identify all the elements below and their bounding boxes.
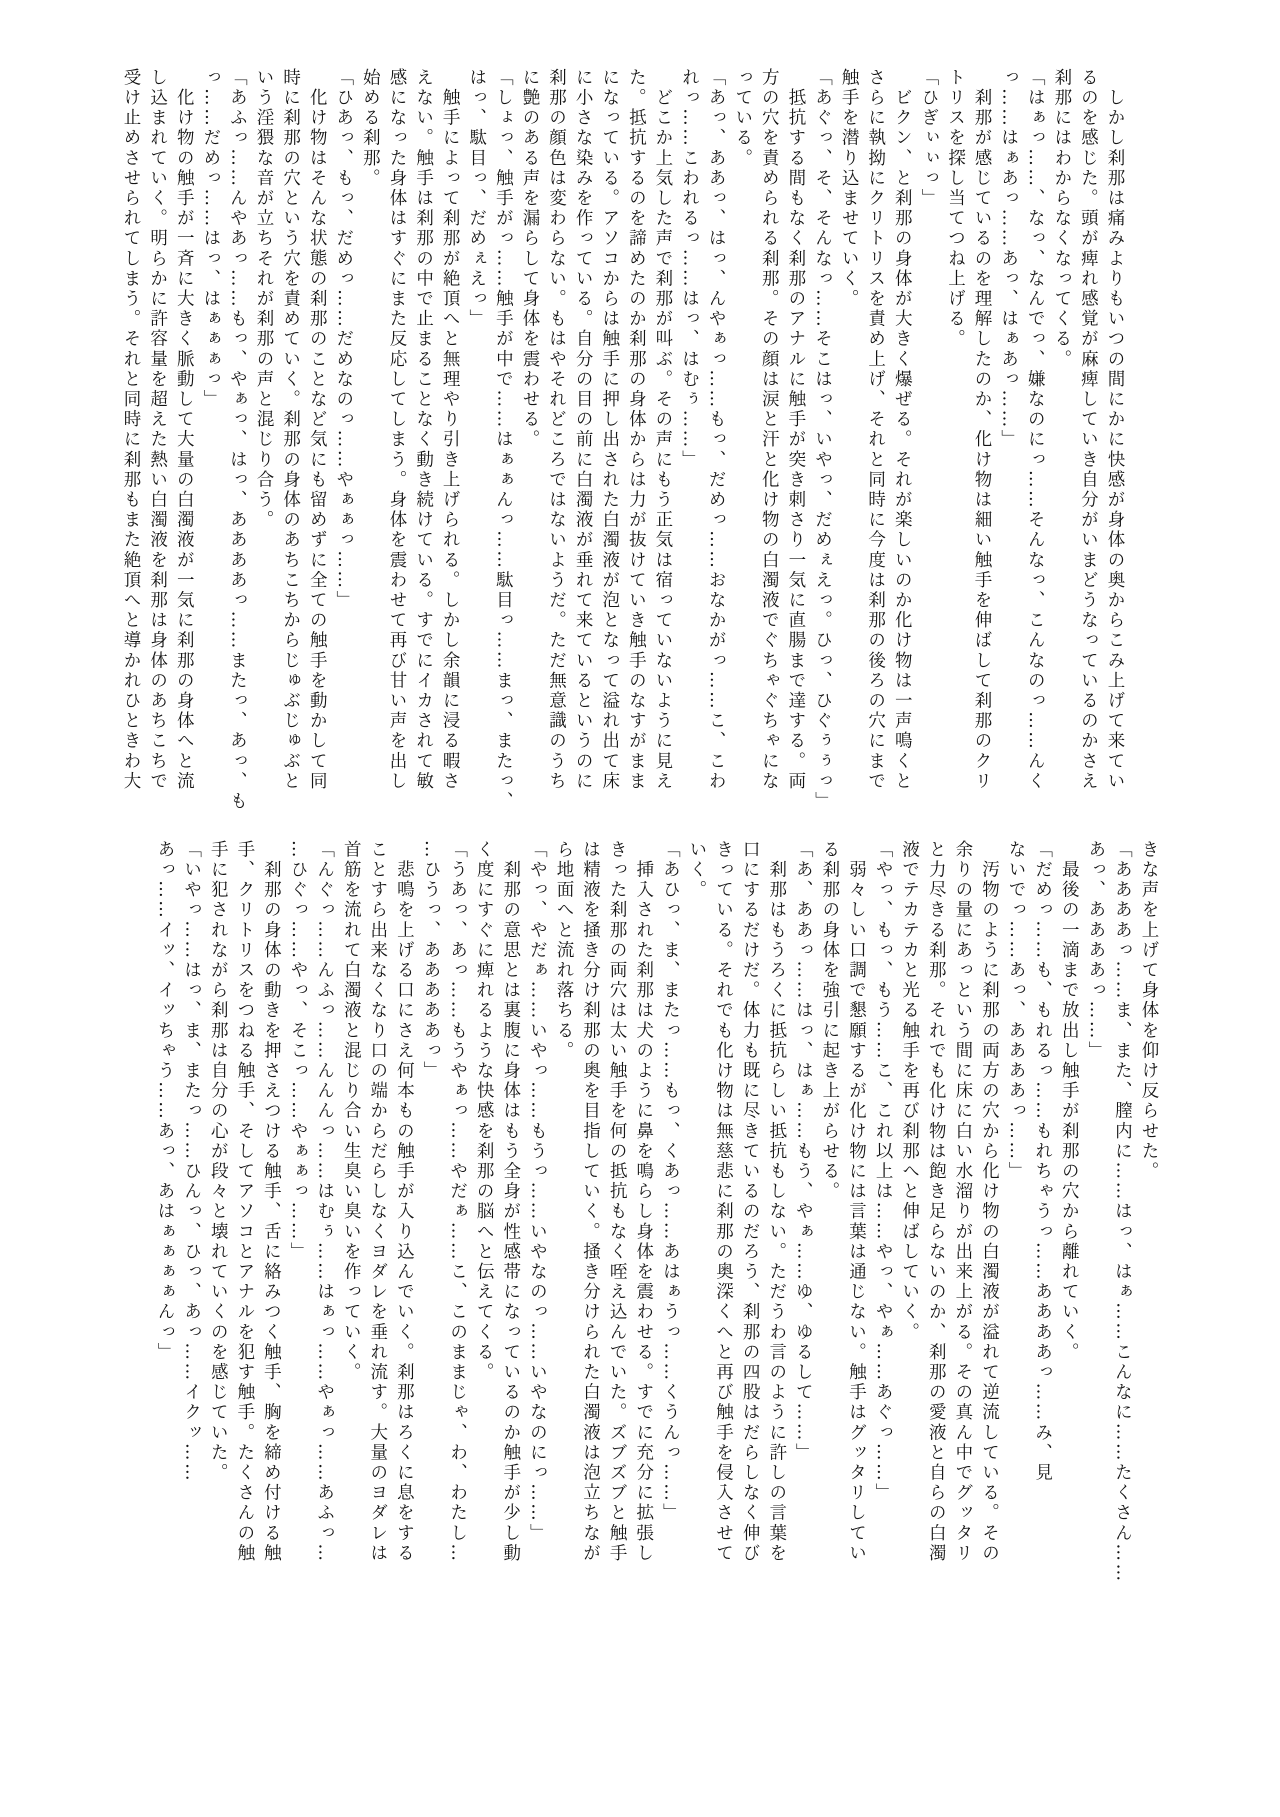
bottom-text-block: きな声を上げて身体を仰け反らせた。 「ああああっ……ま、また、膣内に……はっ、は… [151,840,1162,1604]
top-text-block: しかし刹那は痛みよりもいつの間にかに快感が身体の奥からこみ上げて来てい るのを感… [117,68,1128,818]
novel-page: しかし刹那は痛みよりもいつの間にかに快感が身体の奥からこみ上げて来てい るのを感… [0,0,1280,1817]
